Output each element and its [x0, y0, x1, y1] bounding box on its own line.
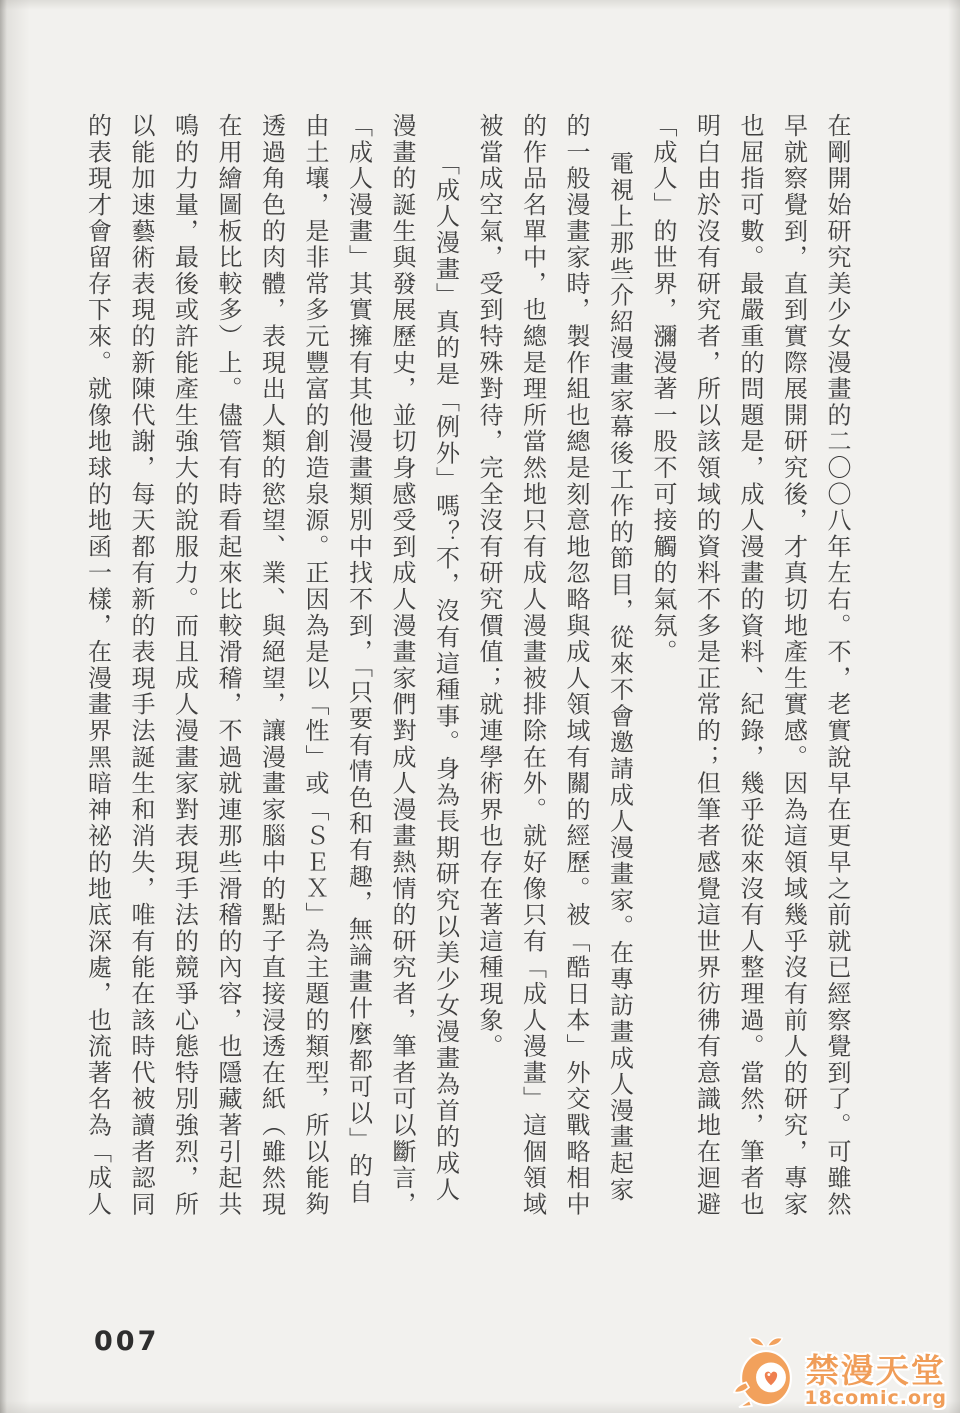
body-paragraph-1: 在剛開始研究美少女漫畫的二〇〇八年左右。不，老實說早在更早之前就已經察覺到了。可… — [641, 113, 859, 1221]
page-number: 007 — [94, 1326, 159, 1357]
mascot-logo-icon — [730, 1334, 802, 1408]
watermark-text: 禁漫天堂 18comic.org — [804, 1354, 947, 1408]
watermark-site-name: 禁漫天堂 — [806, 1354, 946, 1388]
body-paragraph-2: 電視上那些介紹漫畫家幕後工作的節目，從來不會邀請成人漫畫家。在專訪畫成人漫畫起家… — [467, 113, 641, 1221]
watermark: 禁漫天堂 18comic.org — [730, 1334, 947, 1408]
page-text-block: 在剛開始研究美少女漫畫的二〇〇八年左右。不，老實說早在更早之前就已經察覺到了。可… — [75, 113, 858, 1221]
book-page: 在剛開始研究美少女漫畫的二〇〇八年左右。不，老實說早在更早之前就已經察覺到了。可… — [0, 0, 960, 1413]
watermark-site-url: 18comic.org — [804, 1388, 947, 1408]
body-paragraph-3: 「成人漫畫」真的是「例外」嗎？不，沒有這種事。身為長期研究以美少女漫畫為首的成人… — [75, 113, 467, 1221]
